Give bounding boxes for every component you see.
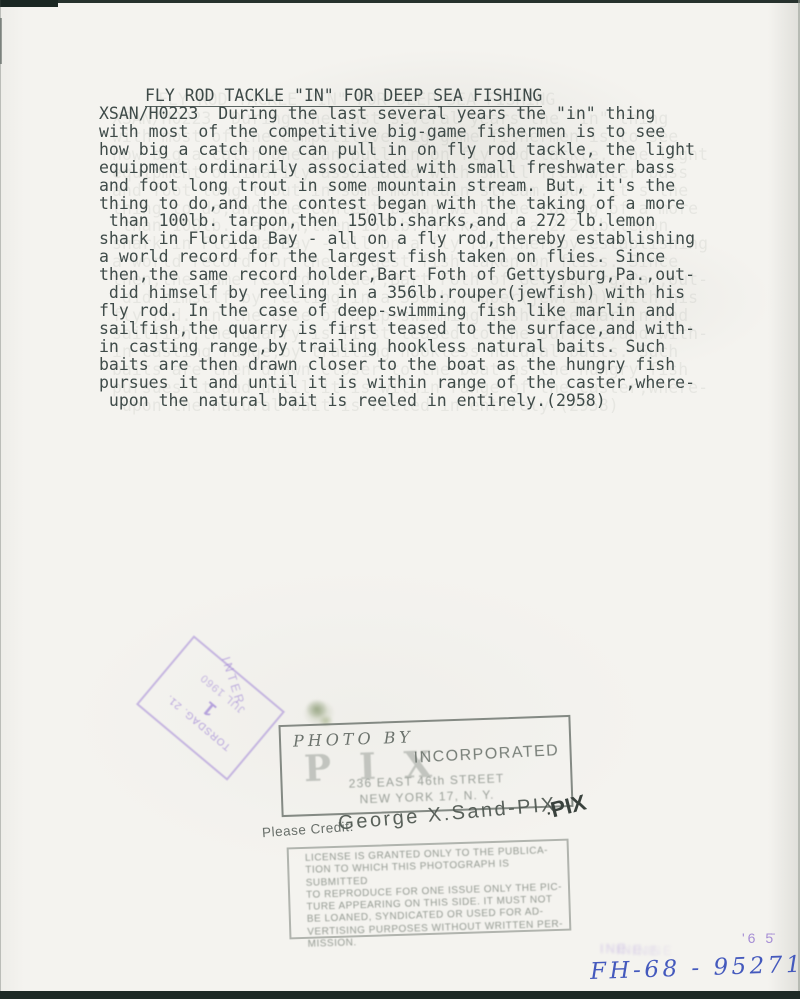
body-line: sailfish,the quarry is first teased to t… bbox=[99, 320, 739, 338]
scan-corner-top-left bbox=[0, 0, 58, 7]
body-line: XSAN/H0223 During the last several years… bbox=[99, 105, 739, 123]
scan-edge-left bbox=[0, 0, 1, 999]
license-stamp-text: LICENSE IS GRANTED ONLY TO THE PUBLICA-T… bbox=[289, 845, 570, 952]
body-line: in casting range,by trailing hookless na… bbox=[99, 338, 739, 356]
body-line: did himself by reeling in a 356lb.rouper… bbox=[99, 284, 739, 302]
pix-mini-mark: ·PIX bbox=[545, 795, 588, 820]
body-line: how big a catch one can pull in on fly r… bbox=[99, 141, 739, 159]
handwritten-archive-code: FH-68 - 952719 bbox=[590, 951, 800, 985]
purple-date-stamp: TORSDAG. 21. 1 JUL 1960 bbox=[136, 635, 285, 780]
body-line: pursues it and until it is within range … bbox=[99, 374, 739, 392]
body-line: a world record for the largest fish take… bbox=[99, 248, 739, 266]
scan-edge-left-mark bbox=[0, 18, 2, 64]
date-stamp-content: TORSDAG. 21. 1 JUL 1960 bbox=[139, 638, 282, 778]
body-line: and foot long trout in some mountain str… bbox=[99, 177, 739, 195]
body-line: thing to do,and the contest began with t… bbox=[99, 195, 739, 213]
body-line: baits are then drawn closer to the boat … bbox=[99, 356, 739, 374]
body-line: then,the same record holder,Bart Foth of… bbox=[99, 266, 739, 284]
purple-year-mark: '6 5̄ bbox=[742, 930, 776, 946]
license-stamp: LICENSE IS GRANTED ONLY TO THE PUBLICA-T… bbox=[287, 839, 572, 940]
body-line: equipment ordinarily associated with sma… bbox=[99, 159, 739, 177]
body-text: XSAN/H0223 During the last several years… bbox=[99, 105, 739, 409]
body-line: shark in Florida Bay - all on a fly rod,… bbox=[99, 230, 739, 248]
scan-edge-top bbox=[0, 0, 800, 3]
body-line: than 100lb. tarpon,then 150lb.sharks,and… bbox=[99, 212, 739, 230]
faint-purple-stamp: INE bbox=[600, 941, 628, 956]
photo-back-scan: FLY ROD TACKLE "IN" FOR DEEP SEA FISHING… bbox=[0, 0, 800, 999]
body-line: with most of the competitive big-game fi… bbox=[99, 123, 739, 141]
body-line: upon the natural bait is reeled in entir… bbox=[99, 392, 739, 410]
date-stamp-day: 1 bbox=[199, 697, 221, 721]
scan-edge-bottom bbox=[0, 991, 800, 999]
body-line: fly rod. In the case of deep-swimming fi… bbox=[99, 302, 739, 320]
